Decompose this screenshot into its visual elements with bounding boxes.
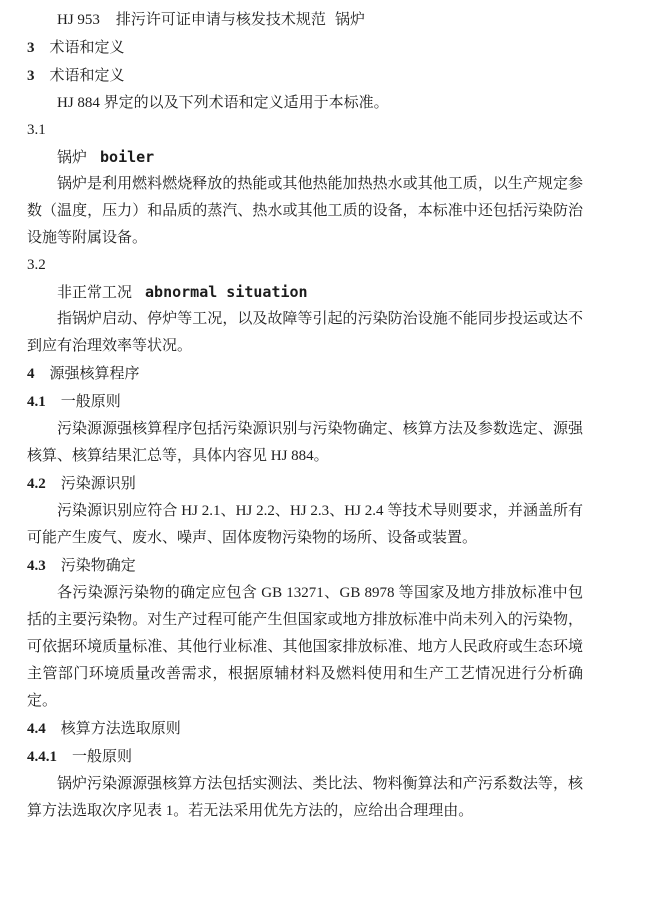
clause-4-3-number: 4.3 (27, 558, 46, 574)
term-boiler-zh: 锅炉 (57, 148, 87, 166)
section-3-intro-paragraph: HJ 884 界定的以及下列术语和定义适用于本标准。 (27, 90, 583, 117)
clause-4-4-1-paragraph: 锅炉污染源源强核算方法包括实测法、类比法、物料衡算法和产污系数法等，核算方法选取… (27, 771, 583, 825)
clause-4-4-1-title: 一般原则 (72, 747, 132, 765)
clause-4-4-1-heading: 4.4.1一般原则 (27, 743, 583, 771)
clause-4-2-title: 污染源识别 (61, 474, 136, 492)
term-boiler-en: boiler (100, 148, 154, 166)
clause-4-1-title: 一般原则 (61, 392, 121, 410)
standard-subject: 锅炉 (335, 12, 365, 28)
clause-4-3-heading: 4.3污染物确定 (27, 552, 583, 580)
clause-3-2-definition: 指锅炉启动、停炉等工况，以及故障等引起的污染防治设施不能同步投运或达不到应有治理… (27, 306, 583, 360)
clause-4-2-heading: 4.2污染源识别 (27, 470, 583, 498)
section-3-number: 3 (27, 40, 35, 56)
standard-title: 排污许可证申请与核发技术规范 (116, 12, 326, 28)
document-page: HJ 953排污许可证申请与核发技术规范锅炉 3术语和定义 3术语和定义 HJ … (0, 0, 645, 899)
clause-4-4-title: 核算方法选取原则 (61, 719, 181, 737)
section-3-title-repeat: 术语和定义 (50, 66, 125, 84)
section-3-number-repeat: 3 (27, 68, 35, 84)
section-3-title: 术语和定义 (50, 38, 125, 56)
clause-4-1-paragraph: 污染源源强核算程序包括污染源识别与污染物确定、核算方法及参数选定、源强核算、核算… (27, 416, 583, 470)
clause-4-1-number: 4.1 (27, 394, 46, 410)
clause-3-1-definition: 锅炉是利用燃料燃烧释放的热能或其他热能加热热水或其他工质，以生产规定参数（温度，… (27, 171, 583, 252)
clause-4-4-1-number: 4.4.1 (27, 749, 57, 765)
section-4-number: 4 (27, 366, 35, 382)
clause-3-2-number: 3.2 (27, 252, 583, 279)
clause-4-1-heading: 4.1一般原则 (27, 388, 583, 416)
clause-3-1-number: 3.1 (27, 117, 583, 144)
clause-4-3-paragraph: 各污染源污染物的确定应包含 GB 13271、GB 8978 等国家及地方排放标… (27, 580, 583, 715)
standard-code: HJ 953 (57, 12, 100, 28)
term-abnormal-situation-zh: 非正常工况 (57, 283, 132, 301)
clause-3-2-term-line: 非正常工况abnormal situation (27, 279, 583, 306)
section-4-heading: 4源强核算程序 (27, 360, 583, 388)
standard-reference-line: HJ 953排污许可证申请与核发技术规范锅炉 (27, 7, 583, 34)
clause-4-3-title: 污染物确定 (61, 556, 136, 574)
section-3-heading-first: 3术语和定义 (27, 34, 583, 62)
clause-4-4-number: 4.4 (27, 721, 46, 737)
clause-4-4-heading: 4.4核算方法选取原则 (27, 715, 583, 743)
clause-4-2-number: 4.2 (27, 476, 46, 492)
section-4-title: 源强核算程序 (50, 364, 140, 382)
clause-3-1-term-line: 锅炉boiler (27, 144, 583, 171)
clause-4-2-paragraph: 污染源识别应符合 HJ 2.1、HJ 2.2、HJ 2.3、HJ 2.4 等技术… (27, 498, 583, 552)
term-abnormal-situation-en: abnormal situation (145, 283, 308, 301)
section-3-heading-second: 3术语和定义 (27, 62, 583, 90)
